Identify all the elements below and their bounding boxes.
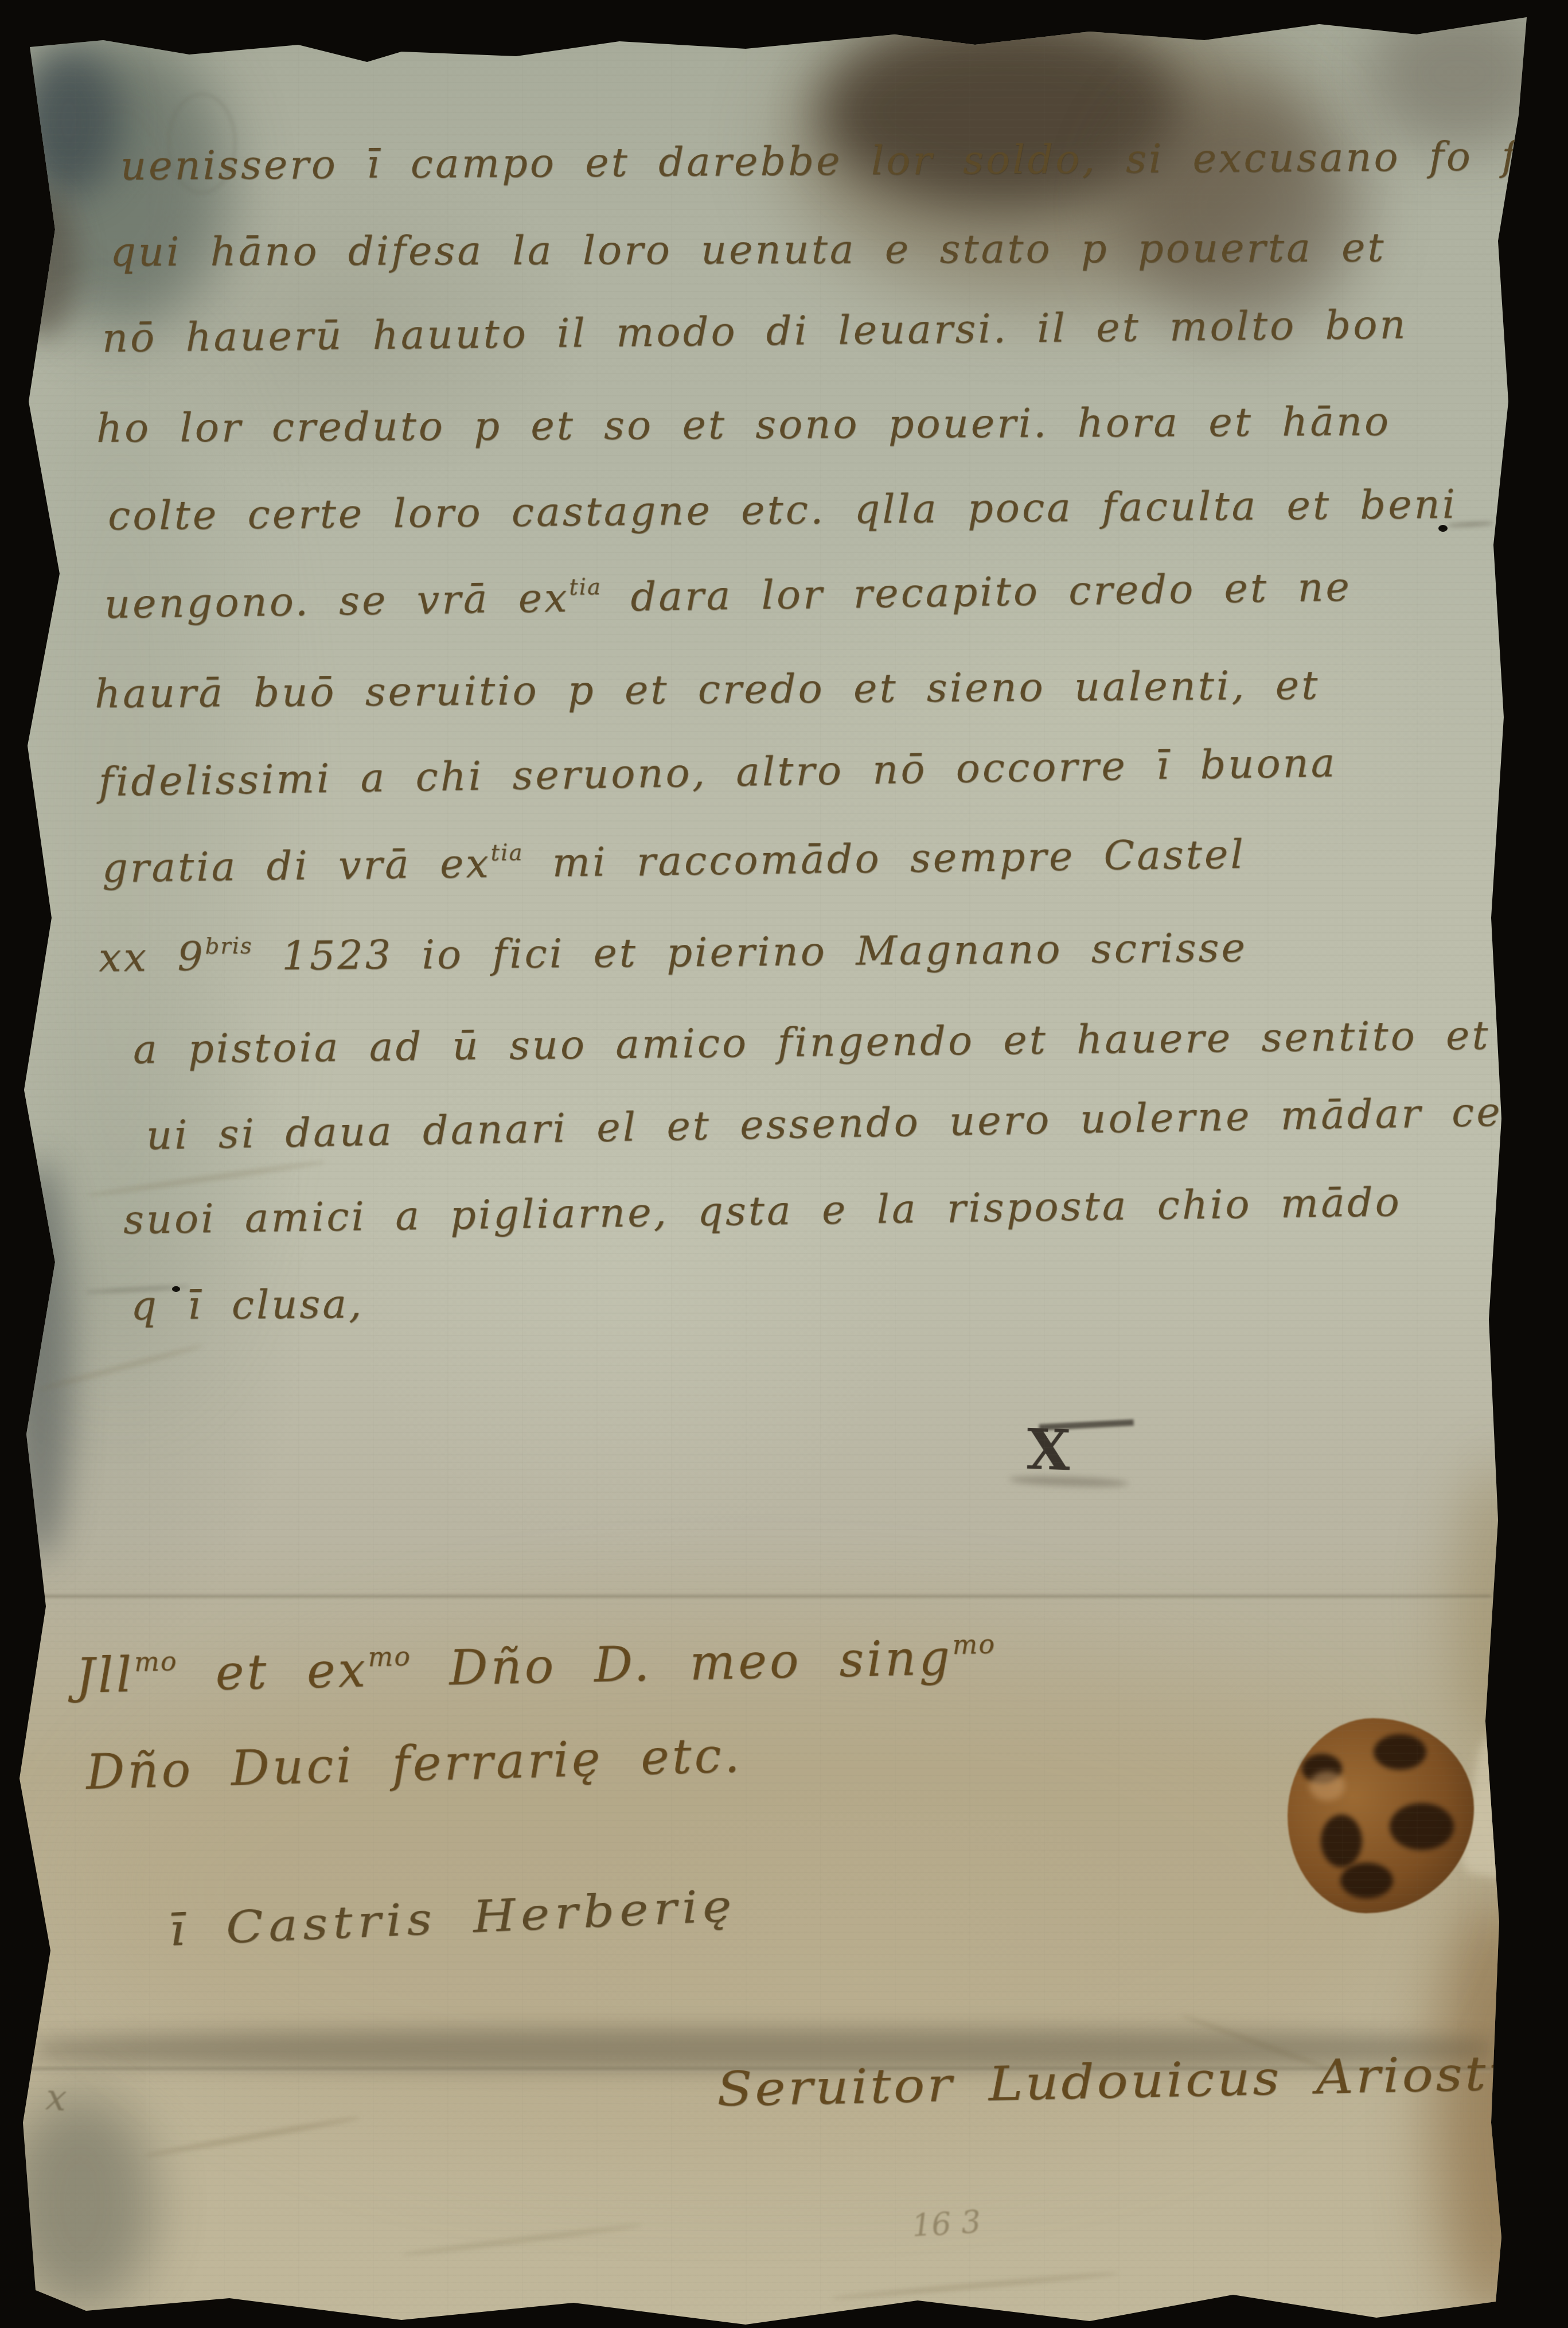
fold-crease-upper xyxy=(23,1594,1491,1599)
bleedthrough-stroke xyxy=(832,2271,1118,2301)
letter-line-08: fidelissimi a chi seruono, altro nō occo… xyxy=(98,739,1337,805)
wax-seal xyxy=(1288,1718,1474,1913)
letter-line-03: nō hauerū hauuto il modo di leuarsi. il … xyxy=(102,301,1408,361)
letter-line-11: a pistoia ad ū suo amico fingendo et hau… xyxy=(133,1011,1491,1073)
letter-line-02: qui hāno difesa la loro uenuta e stato p… xyxy=(110,224,1386,275)
seal-highlight xyxy=(1309,1771,1345,1801)
letter-page: uenissero ī campo et darebbe lor soldo, … xyxy=(0,0,1568,2328)
letter-line-07: haurā buō seruitio p et credo et sieno u… xyxy=(95,661,1320,717)
letter-line-09: gratia di vrā extia mi raccomādo sempre … xyxy=(102,831,1246,892)
seal-spot xyxy=(1321,1815,1362,1867)
stain-top-right-corner xyxy=(1365,0,1554,149)
letter-line-05: colte certe loro castagne etc. qlla poca… xyxy=(108,480,1458,539)
stain-top-left-core xyxy=(17,46,120,195)
seal-spot xyxy=(1374,1734,1426,1770)
stain-left-edge-mid xyxy=(9,1159,72,1560)
address-line-2: Dño Duci ferrarię etc. xyxy=(85,1727,743,1800)
bleedthrough-stroke xyxy=(37,1343,204,1392)
stain-right-edge-yellow xyxy=(1451,1463,1549,1750)
stain-top-center-ext xyxy=(1118,86,1359,327)
letter-line-06: uengono. se vrā extia dara lor recapito … xyxy=(104,563,1352,628)
letter-line-10: xx 9bris 1523 io fici et pierino Magnano… xyxy=(99,924,1248,981)
address-line-1: Jllmo et exmo Dño D. meo singmo xyxy=(75,1628,997,1704)
signature: Seruitor Ludouicus Ariostus xyxy=(716,2045,1554,2117)
letter-line-01: uenissero ī campo et darebbe lor soldo, … xyxy=(120,132,1562,189)
seal-spot xyxy=(1390,1803,1454,1850)
seal-spot xyxy=(1340,1863,1393,1898)
bleedthrough-stroke xyxy=(87,1159,326,1198)
letter-line-04: ho lor creduto p et so et sono poueri. h… xyxy=(96,398,1391,451)
letter-line-13: suoi amici a pigliarne, qsta e la rispos… xyxy=(123,1178,1402,1243)
collation-x-mark: X xyxy=(1025,1420,1134,1488)
ghost-numerals: 16 3 xyxy=(911,2204,982,2244)
stain-left-edge-upper xyxy=(8,189,77,338)
letter-line-12: ui si daua danari el et essendo uero uol… xyxy=(146,1087,1558,1159)
bleedthrough-stroke xyxy=(402,2222,642,2257)
stain-right-edge-brown xyxy=(1434,1893,1560,2328)
bleedthrough-stroke xyxy=(145,2115,360,2158)
stain-bottom-left-corner xyxy=(6,2094,155,2312)
pen-trial-x: x xyxy=(44,2076,68,2120)
letter-line-14: q ī clusa, xyxy=(131,1280,364,1329)
scan-background: uenissero ī campo et darebbe lor soldo, … xyxy=(0,0,1568,2328)
place-line: ī Castris Herberię xyxy=(168,1880,738,1956)
x-mark-glyph: X xyxy=(1026,1422,1134,1481)
